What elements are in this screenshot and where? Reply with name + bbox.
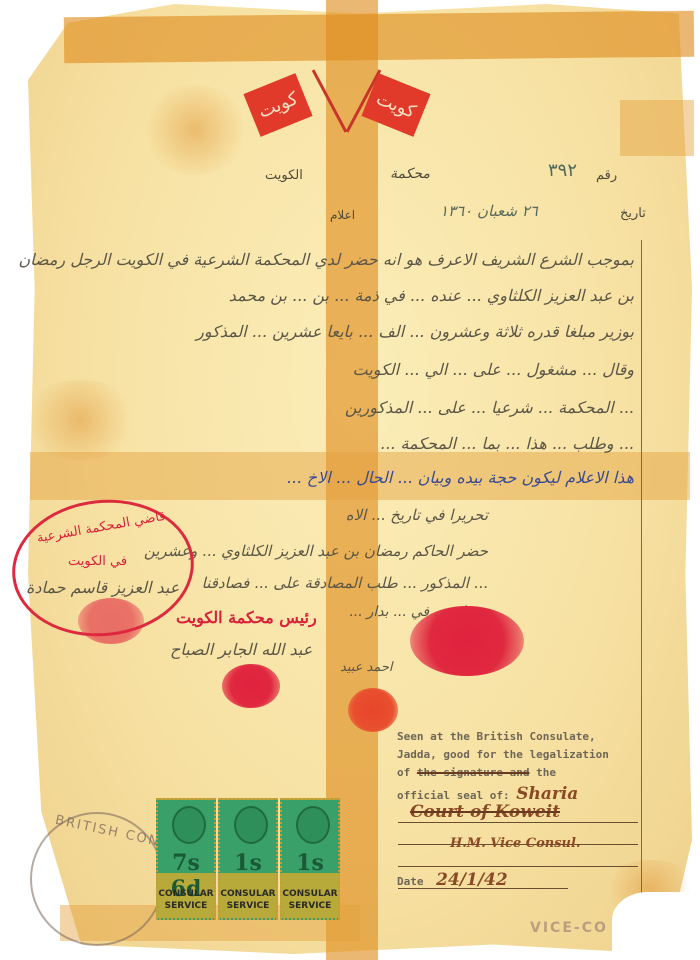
- body-line: ... المحكمة ... شرعيا ... على ... المذكو…: [345, 398, 634, 417]
- king-portrait-icon: [234, 806, 268, 844]
- body-line: بموجب الشرع الشريف الاعرف هو انه حضر لدي…: [18, 250, 634, 269]
- handwritten-court: Court of Koweit: [410, 802, 560, 822]
- red-thumbprint: [410, 606, 524, 676]
- stamp-label: CONSULARSERVICE: [282, 888, 338, 912]
- tape-right-top: [620, 100, 694, 156]
- court-president-signature: عبد الله الجابر الصباح: [170, 640, 312, 659]
- consulate-line4-prefix: official seal of:: [397, 789, 510, 802]
- consulate-line3-suffix: the: [536, 766, 556, 779]
- court-stamp-line2: في الكويت: [68, 554, 127, 569]
- consulate-line3: of the signature and the: [397, 766, 556, 779]
- notice-label: اعلام: [330, 208, 355, 222]
- consulate-line1: Seen at the British Consulate,: [397, 730, 596, 743]
- date-value: 24/1/42: [436, 870, 508, 890]
- body-line: بوزير مبلغا قدره ثلاثة وعشرون ... الف ..…: [196, 322, 634, 341]
- revenue-stamps: 7s 6d CONSULARSERVICE 1s CONSULARSERVICE…: [156, 798, 340, 920]
- signature-rule: [398, 866, 638, 867]
- witness-signature: احمد عبيد: [340, 660, 393, 675]
- body-line: وقال ... مشغول ... على ... الي ... الكوي…: [353, 360, 634, 379]
- court-place: الكويت: [265, 168, 303, 183]
- witness-seal: [348, 688, 398, 732]
- date-value: ٢٦ شعبان ١٣٦٠: [440, 202, 538, 220]
- date-label: تاريخ: [620, 206, 646, 221]
- king-portrait-icon: [296, 806, 330, 844]
- stamp-value: 1s: [220, 850, 276, 876]
- president-seal: [222, 664, 280, 708]
- flag-text: كويت: [255, 88, 300, 123]
- revenue-stamp: 1s CONSULARSERVICE: [280, 798, 340, 920]
- stamp-label: CONSULARSERVICE: [158, 888, 214, 912]
- king-portrait-icon: [172, 806, 206, 844]
- revenue-stamp: 7s 6d CONSULARSERVICE: [156, 798, 216, 920]
- tape-top: [64, 11, 694, 64]
- vice-consul-stamp: VICE-CO: [530, 920, 608, 936]
- body-line: ... وطلب ... هذا ... بما ... المحكمة ...: [380, 434, 634, 453]
- signature-rule: [398, 822, 638, 823]
- court-stamp-signature: عبد العزيز قاسم حمادة: [26, 578, 179, 597]
- stamp-label: CONSULARSERVICE: [220, 888, 276, 912]
- lower-line: ... المذكور ... طلب المصادقة على ... فصا…: [202, 574, 488, 592]
- date-label: Date: [397, 875, 424, 888]
- body-line: هذا الاعلام ليكون حجة بيده وبيان ... الح…: [286, 468, 634, 487]
- body-line: بن عبد العزيز الكلثاوي ... عنده ... في ذ…: [229, 286, 634, 305]
- court-president-title: رئيس محكمة الكويت: [176, 608, 317, 627]
- number-label: رقم: [596, 168, 617, 183]
- vice-consul-signature: H.M. Vice Consul.: [450, 836, 580, 851]
- court-seal-small: [78, 598, 144, 644]
- consulate-line3-prefix: of: [397, 766, 410, 779]
- stain: [140, 85, 250, 175]
- court-label: محكمة: [390, 166, 430, 182]
- consulate-line2: Jadda, good for the legalization: [397, 748, 609, 761]
- signature-rule: [398, 888, 568, 889]
- margin-line: [641, 240, 642, 920]
- torn-corner: [612, 892, 700, 960]
- lower-line: حضر الحاكم رمضان بن عبد العزيز الكلثاوي …: [144, 542, 488, 560]
- date-row: Date 24/1/42: [397, 870, 508, 890]
- stamp-value: 1s: [282, 850, 338, 876]
- number-value: ٣٩٢: [548, 160, 577, 181]
- lower-line: تحريرا في تاريخ ... الاه: [346, 506, 488, 524]
- revenue-stamp: 1s CONSULARSERVICE: [218, 798, 278, 920]
- stain: [20, 380, 140, 460]
- flag-text: كويت: [373, 88, 418, 123]
- struck-text: the signature and: [417, 766, 530, 779]
- handwritten-sharia: Sharia: [516, 784, 578, 804]
- consulate-line4: official seal of: Sharia: [397, 784, 578, 804]
